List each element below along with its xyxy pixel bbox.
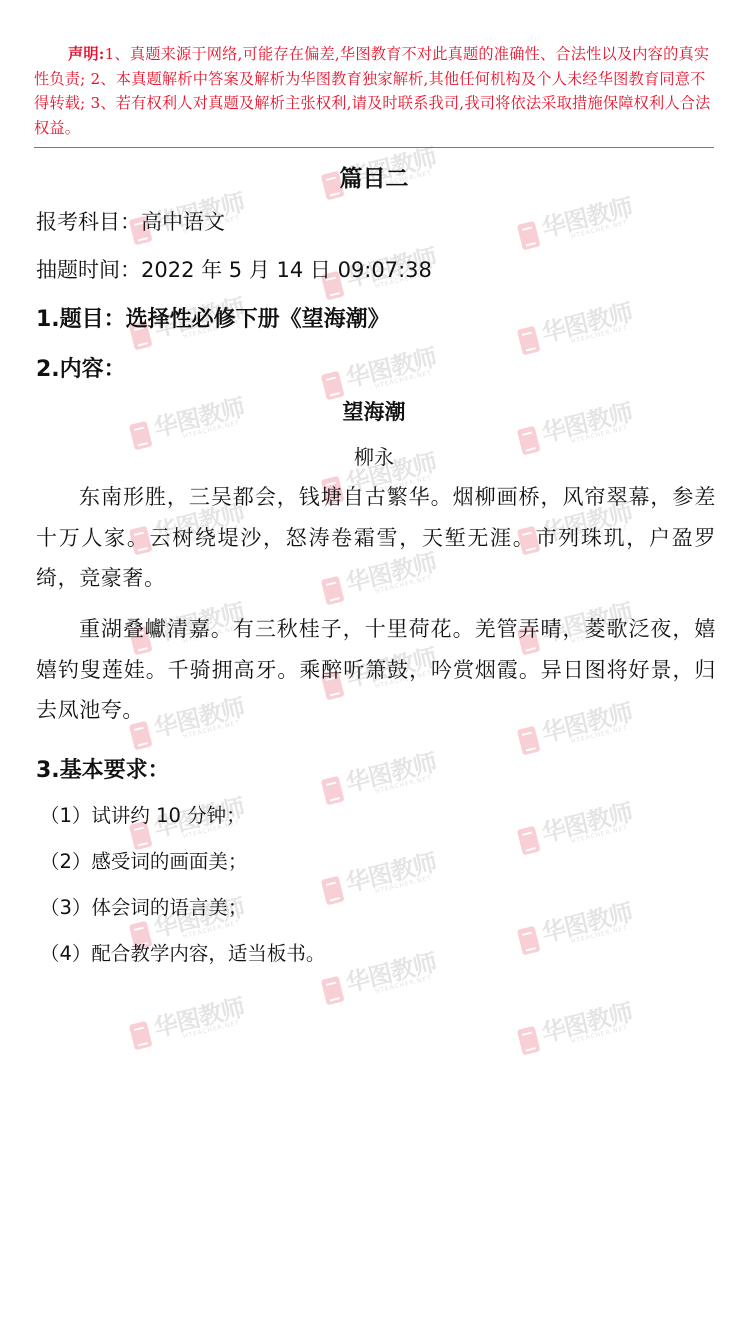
subject-line: 报考科目：高中语文 [36, 206, 225, 236]
watermark-icon [321, 776, 345, 806]
topic-heading: 1.题目：选择性必修下册《望海潮》 [36, 302, 390, 333]
watermark-subtext: HTEACHER.NET [183, 1018, 248, 1040]
watermark-icon [321, 976, 345, 1006]
watermark-logo: 华图教师HTEACHER.NET [515, 290, 652, 364]
subject-label: 报考科目： [36, 210, 141, 234]
watermark-text: 华图教师 [540, 195, 635, 241]
watermark-icon [517, 926, 541, 956]
copyright-notice: 声明:1、真题来源于网络,可能存在偏差,华图教育不对此真题的准确性、合法性以及内… [34, 42, 714, 140]
watermark-subtext: HTEACHER.NET [375, 368, 440, 390]
watermark-subtext: HTEACHER.NET [571, 823, 636, 845]
watermark-text: 华图教师 [540, 1000, 635, 1046]
watermark-subtext: HTEACHER.NET [375, 773, 440, 795]
requirement-item-3: （3）体会词的语言美； [40, 892, 247, 920]
watermark-text: 华图教师 [344, 750, 439, 796]
watermark-text: 华图教师 [540, 900, 635, 946]
time-label: 抽题时间： [36, 258, 141, 282]
watermark-text: 华图教师 [152, 995, 247, 1041]
watermark-icon [517, 221, 541, 251]
section-title: 篇目二 [0, 160, 748, 193]
watermark-subtext: HTEACHER.NET [183, 918, 248, 940]
watermark-icon [517, 326, 541, 356]
watermark-logo: 华图教师HTEACHER.NET [127, 985, 264, 1059]
watermark-logo: 华图教师HTEACHER.NET [319, 840, 456, 914]
watermark-text: 华图教师 [344, 345, 439, 391]
watermark-icon [517, 826, 541, 856]
watermark-subtext: HTEACHER.NET [571, 218, 636, 240]
watermark-logo: 华图教师HTEACHER.NET [515, 185, 652, 259]
watermark-text: 华图教师 [344, 850, 439, 896]
subject-value: 高中语文 [141, 210, 225, 234]
requirements-heading: 3.基本要求： [36, 753, 170, 784]
content-heading: 2.内容： [36, 352, 126, 383]
watermark-logo: 华图教师HTEACHER.NET [515, 990, 652, 1064]
watermark-icon [129, 1021, 153, 1051]
notice-label: 声明: [68, 45, 105, 63]
watermark-icon [517, 1026, 541, 1056]
requirement-item-4: （4）配合教学内容，适当板书。 [40, 938, 325, 966]
poem-title: 望海潮 [0, 396, 748, 426]
requirement-item-1: （1）试讲约 10 分钟； [40, 800, 246, 828]
watermark-subtext: HTEACHER.NET [375, 873, 440, 895]
watermark-text: 华图教师 [540, 800, 635, 846]
poem-author: 柳永 [0, 441, 748, 470]
poem-paragraph-1: 东南形胜，三吴都会，钱塘自古繁华。烟柳画桥，风帘翠幕，参差十万人家。云树绕堤沙，… [36, 477, 716, 599]
requirement-item-2: （2）感受词的画面美； [40, 846, 247, 874]
watermark-logo: 华图教师HTEACHER.NET [515, 890, 652, 964]
time-line: 抽题时间：2022 年 5 月 14 日 09:07:38 [36, 254, 432, 284]
watermark-text: 华图教师 [344, 950, 439, 996]
watermark-subtext: HTEACHER.NET [375, 973, 440, 995]
time-value: 2022 年 5 月 14 日 09:07:38 [141, 258, 432, 282]
watermark-subtext: HTEACHER.NET [571, 323, 636, 345]
watermark-subtext: HTEACHER.NET [571, 923, 636, 945]
notice-text: 1、真题来源于网络,可能存在偏差,华图教育不对此真题的准确性、合法性以及内容的真… [34, 45, 711, 137]
poem-paragraph-2: 重湖叠巘清嘉。有三秋桂子，十里荷花。羌管弄晴，菱歌泛夜，嬉嬉钓叟莲娃。千骑拥高牙… [36, 609, 716, 731]
watermark-subtext: HTEACHER.NET [571, 1023, 636, 1045]
divider [34, 147, 714, 148]
watermark-text: 华图教师 [540, 300, 635, 346]
watermark-logo: 华图教师HTEACHER.NET [319, 940, 456, 1014]
watermark-logo: 华图教师HTEACHER.NET [515, 790, 652, 864]
watermark-icon [321, 876, 345, 906]
watermark-logo: 华图教师HTEACHER.NET [319, 740, 456, 814]
